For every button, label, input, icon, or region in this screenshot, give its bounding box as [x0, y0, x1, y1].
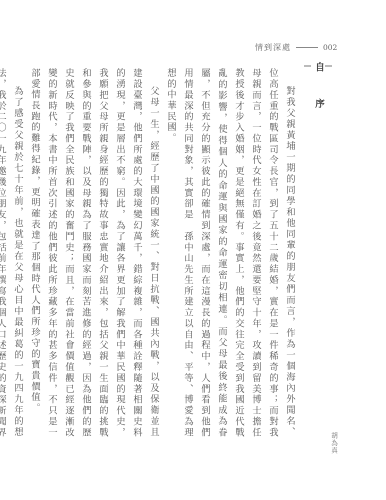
section-title: 自 序 [311, 62, 325, 120]
heading-ornament-bottom [304, 65, 311, 67]
paragraph-3: 為了感受父親於七十年前，也就是在父母心目中最糾葛的一九四九年的想法，我於二〇一九… [0, 68, 26, 438]
book-title: 情到深處 [255, 42, 291, 53]
heading-ornament-top [325, 65, 332, 67]
paragraph-1: 對我父親黃埔一期的同學和他同輩的朋友們而言，作為一個海內外聞名、位高任重的戰區司… [162, 68, 298, 438]
section-heading: 自 序 [318, 62, 332, 120]
running-header: 情到深處 002 [255, 40, 365, 54]
paragraph-2: 父母一生，經歷了中國的國家統一、對日抗戰、國共內戰，以及保衛並且建設臺灣，他們所… [26, 68, 162, 438]
header-rule [296, 47, 318, 48]
page-number: 002 [323, 43, 337, 52]
page-footer-author: 胡為真 [330, 432, 339, 455]
preface-body: 對我父親黃埔一期的同學和他同輩的朋友們而言，作為一個海內外聞名、位高任重的戰區司… [0, 68, 298, 438]
